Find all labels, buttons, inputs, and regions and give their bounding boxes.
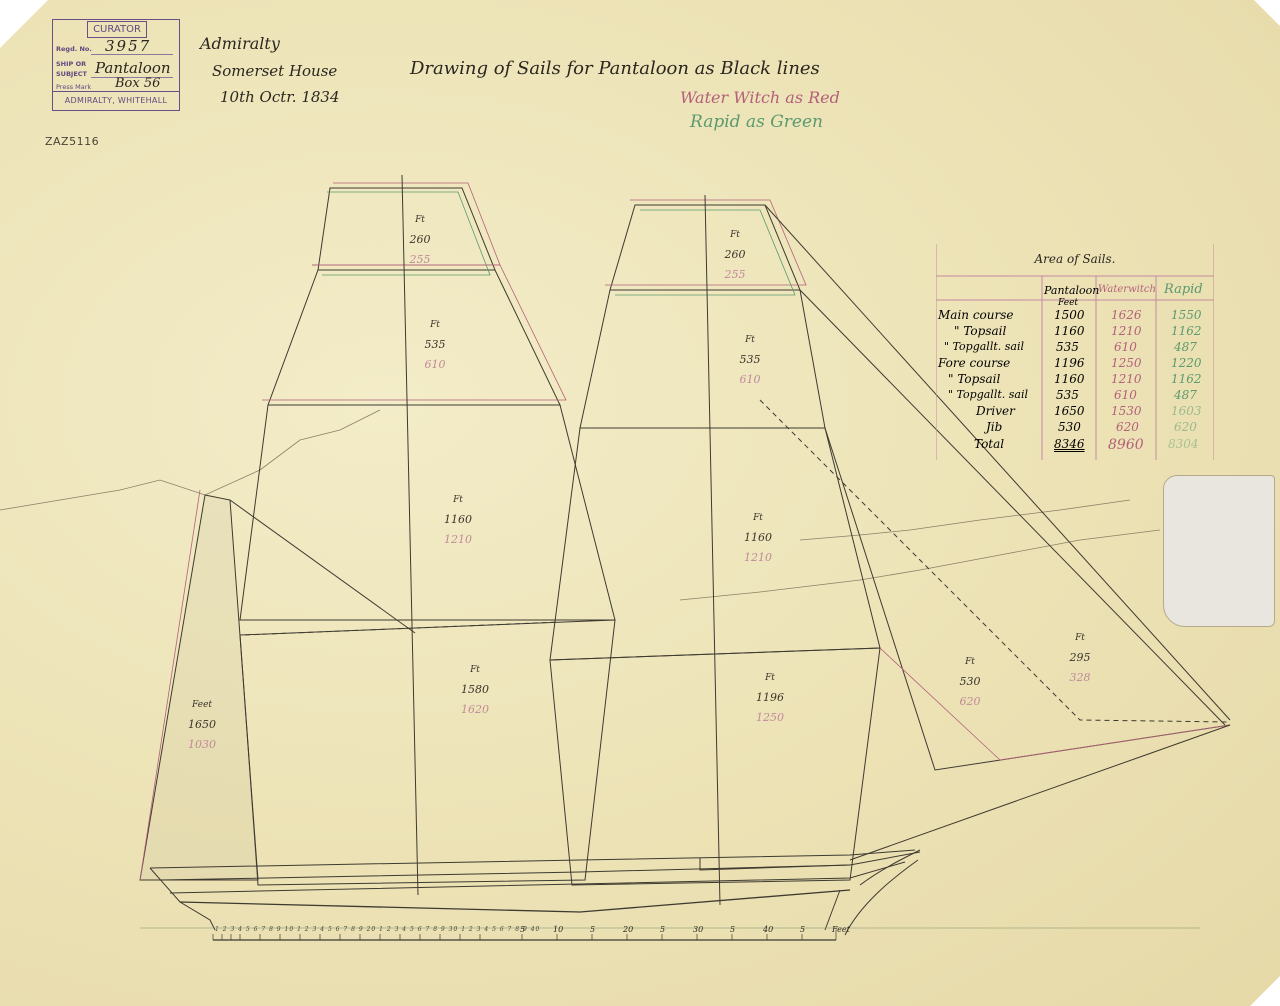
column-header-waterwitch: Waterwitch [1098,284,1156,295]
scale-tick: 5 [590,925,595,934]
sail-plan-drawing [0,0,1280,1006]
scale-tick: 20 [623,925,633,934]
scale-tick: 5 [800,925,805,934]
scale-tick: 40 [763,925,773,934]
scale-tick: 10 [553,925,563,934]
sail-label-driver: Feet 1650 1030 [180,695,224,755]
sail-label-main-topsail: Ft 1160 1210 [438,490,478,550]
scale-fine-ticks: 1 2 3 4 5 6 7 8 9 10 1 2 3 4 5 6 7 8 9 2… [215,926,540,933]
scale-tick: 5 [520,925,525,934]
sail-label-main-topgallant: Ft 260 255 [400,210,440,270]
table-title: Area of Sails. [936,252,1214,266]
drawing-sheet: CURATOR Regd. No. 3957 SHIP OR SUBJECT P… [0,0,1280,1006]
column-header-pantaloon: Pantaloon [1044,284,1099,297]
sail-label-jib: Ft 530 620 [950,652,990,712]
sail-label-fore-topgallant: Ft 260 255 [715,225,755,285]
sail-label-fore-course: Ft 1196 1250 [750,668,790,728]
unit-label: Feet [1058,298,1078,308]
sail-label-main-topsail-upper: Ft 535 610 [415,315,455,375]
sail-label-flying-jib: Ft 295 328 [1060,628,1100,688]
scale-tick: 5 [660,925,665,934]
scale-unit: Feet [832,925,850,934]
scale-tick: 30 [693,925,703,934]
sail-label-fore-topsail-upper: Ft 535 610 [730,330,770,390]
area-of-sails-table: Area of Sails. Pantaloon Waterwitch Rapi… [936,244,1214,460]
sail-label-fore-topsail: Ft 1160 1210 [738,508,778,568]
sail-label-main-course: Ft 1580 1620 [455,660,495,720]
column-header-rapid: Rapid [1164,282,1203,297]
scale-tick: 5 [730,925,735,934]
